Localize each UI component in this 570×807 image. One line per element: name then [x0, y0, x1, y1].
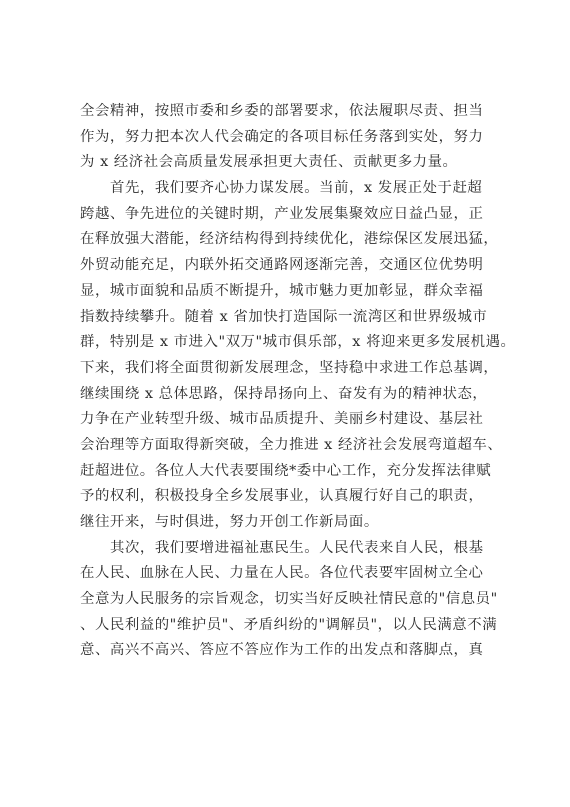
text-line: 下来，我们将全面贯彻新发展理念，坚持稳中求进工作总基调，: [80, 356, 490, 382]
text-line: 跨越、争先进位的关键时期，产业发展集聚效应日益凸显，正: [80, 202, 490, 228]
text-line: 会治理等方面取得新突破，全力推进 x 经济社会发展弯道超车、: [80, 433, 490, 459]
text-line: 在释放强大潜能，经济结构得到持续优化，港综保区发展迅猛，: [80, 227, 490, 253]
text-line: 在人民、血脉在人民、力量在人民。各位代表要牢固树立全心: [80, 561, 490, 587]
text-line: 全意为人民服务的宗旨观念，切实当好反映社情民意的"信息员": [80, 587, 490, 613]
text-line: 赶超进位。各位人大代表要围绕*委中心工作，充分发挥法律赋: [80, 459, 490, 485]
text-line: 指数持续攀升。随着 x 省加快打造国际一流湾区和世界级城市: [80, 305, 490, 331]
text-line: 予的权利，积极投身全乡发展事业，认真履行好自己的职责，: [80, 484, 490, 510]
text-line: 继续围绕 x 总体思路，保持昂扬向上、奋发有为的精神状态，: [80, 382, 490, 408]
document-page: 全会精神，按照市委和乡委的部署要求，依法履职尽责、担当 作为，努力把本次人代会确…: [80, 99, 490, 664]
text-line: 、人民利益的"维护员"、矛盾纠纷的"调解员"，以人民满意不满: [80, 613, 490, 639]
paragraph-start-line: 首先，我们要齐心协力谋发展。当前，x 发展正处于赶超: [80, 176, 490, 202]
text-line: 为 x 经济社会高质量发展承担更大责任、贡献更多力量。: [80, 150, 490, 176]
text-line: 力争在产业转型升级、城市品质提升、美丽乡村建设、基层社: [80, 407, 490, 433]
text-line: 作为，努力把本次人代会确定的各项目标任务落到实处，努力: [80, 125, 490, 151]
text-line: 外贸动能充足，内联外拓交通路网逐渐完善，交通区位优势明: [80, 253, 490, 279]
text-line: 全会精神，按照市委和乡委的部署要求，依法履职尽责、担当: [80, 99, 490, 125]
text-line: 群，特别是 x 市进入"双万"城市俱乐部，x 将迎来更多发展机遇。: [80, 330, 490, 356]
paragraph-start-line: 其次，我们要增进福祉惠民生。人民代表来自人民，根基: [80, 536, 490, 562]
text-line: 显，城市面貌和品质不断提升，城市魅力更加彰显，群众幸福: [80, 279, 490, 305]
text-line: 意、高兴不高兴、答应不答应作为工作的出发点和落脚点，真: [80, 638, 490, 664]
text-line: 继往开来，与时俱进，努力开创工作新局面。: [80, 510, 490, 536]
